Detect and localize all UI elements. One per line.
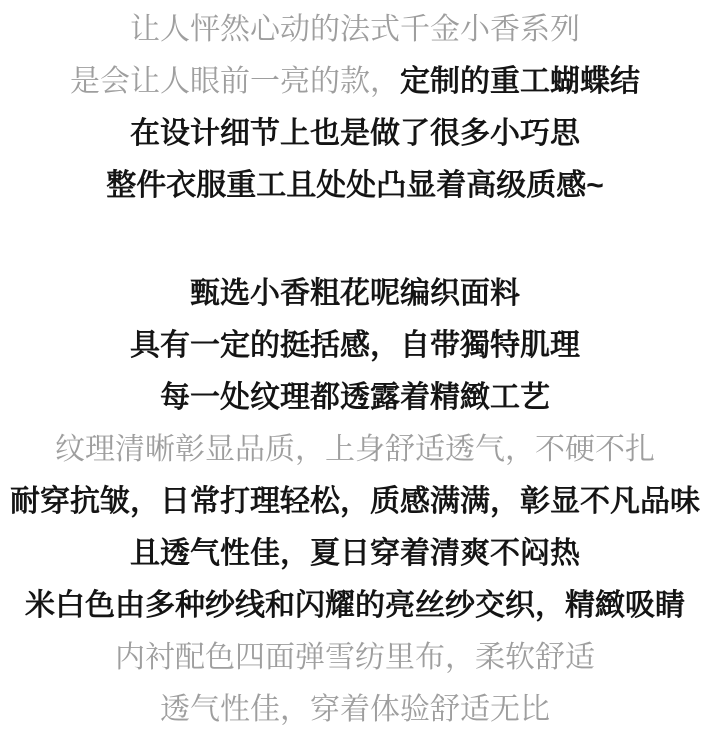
text-line: 在设计细节上也是做了很多小巧思 bbox=[0, 108, 710, 160]
text-line: 且透气性佳，夏日穿着清爽不闷热 bbox=[0, 528, 710, 580]
text-line: 整件衣服重工且处处凸显着高级质感~ bbox=[0, 160, 710, 212]
text-segment: 是会让人眼前一亮的款， bbox=[70, 65, 400, 98]
text-segment: 耐穿抗皱，日常打理轻松，质感满满，彰显不凡品味 bbox=[10, 485, 700, 518]
text-line: 米白色由多种纱线和闪耀的亮丝纱交织，精緻吸睛 bbox=[0, 580, 710, 632]
text-line: 每一处纹理都透露着精緻工艺 bbox=[0, 372, 710, 424]
text-segment: 具有一定的挺括感，自带獨特肌理 bbox=[130, 329, 580, 362]
text-line: 具有一定的挺括感，自带獨特肌理 bbox=[0, 320, 710, 372]
text-segment: 每一处纹理都透露着精緻工艺 bbox=[160, 381, 550, 414]
text-segment-highlight: 定制的重工蝴蝶结 bbox=[400, 65, 640, 98]
text-segment: 纹理清晰彰显品质，上身舒适透气，不硬不扎 bbox=[55, 433, 655, 466]
product-description-page: 让人怦然心动的法式千金小香系列 是会让人眼前一亮的款，定制的重工蝴蝶结 在设计细… bbox=[0, 0, 710, 736]
text-segment: 整件衣服重工且处处凸显着高级质感~ bbox=[106, 169, 604, 202]
paragraph-design-intro: 让人怦然心动的法式千金小香系列 是会让人眼前一亮的款，定制的重工蝴蝶结 在设计细… bbox=[0, 4, 710, 212]
text-segment: 让人怦然心动的法式千金小香系列 bbox=[130, 13, 580, 46]
text-segment: 且透气性佳，夏日穿着清爽不闷热 bbox=[130, 537, 580, 570]
text-line: 纹理清晰彰显品质，上身舒适透气，不硬不扎 bbox=[0, 424, 710, 476]
text-segment: 透气性佳，穿着体验舒适无比 bbox=[160, 693, 550, 726]
text-line: 是会让人眼前一亮的款，定制的重工蝴蝶结 bbox=[0, 56, 710, 108]
text-line: 内衬配色四面弹雪纺里布，柔软舒适 bbox=[0, 632, 710, 684]
text-line: 耐穿抗皱，日常打理轻松，质感满满，彰显不凡品味 bbox=[0, 476, 710, 528]
text-line: 透气性佳，穿着体验舒适无比 bbox=[0, 684, 710, 736]
text-segment: 内衬配色四面弹雪纺里布，柔软舒适 bbox=[115, 641, 595, 674]
text-line: 甄选小香粗花呢编织面料 bbox=[0, 268, 710, 320]
text-segment: 甄选小香粗花呢编织面料 bbox=[190, 277, 520, 310]
text-line: 让人怦然心动的法式千金小香系列 bbox=[0, 4, 710, 56]
paragraph-spacer bbox=[0, 212, 710, 268]
paragraph-fabric-details: 甄选小香粗花呢编织面料 具有一定的挺括感，自带獨特肌理 每一处纹理都透露着精緻工… bbox=[0, 268, 710, 736]
text-segment: 在设计细节上也是做了很多小巧思 bbox=[130, 117, 580, 150]
text-segment: 米白色由多种纱线和闪耀的亮丝纱交织，精緻吸睛 bbox=[25, 589, 685, 622]
